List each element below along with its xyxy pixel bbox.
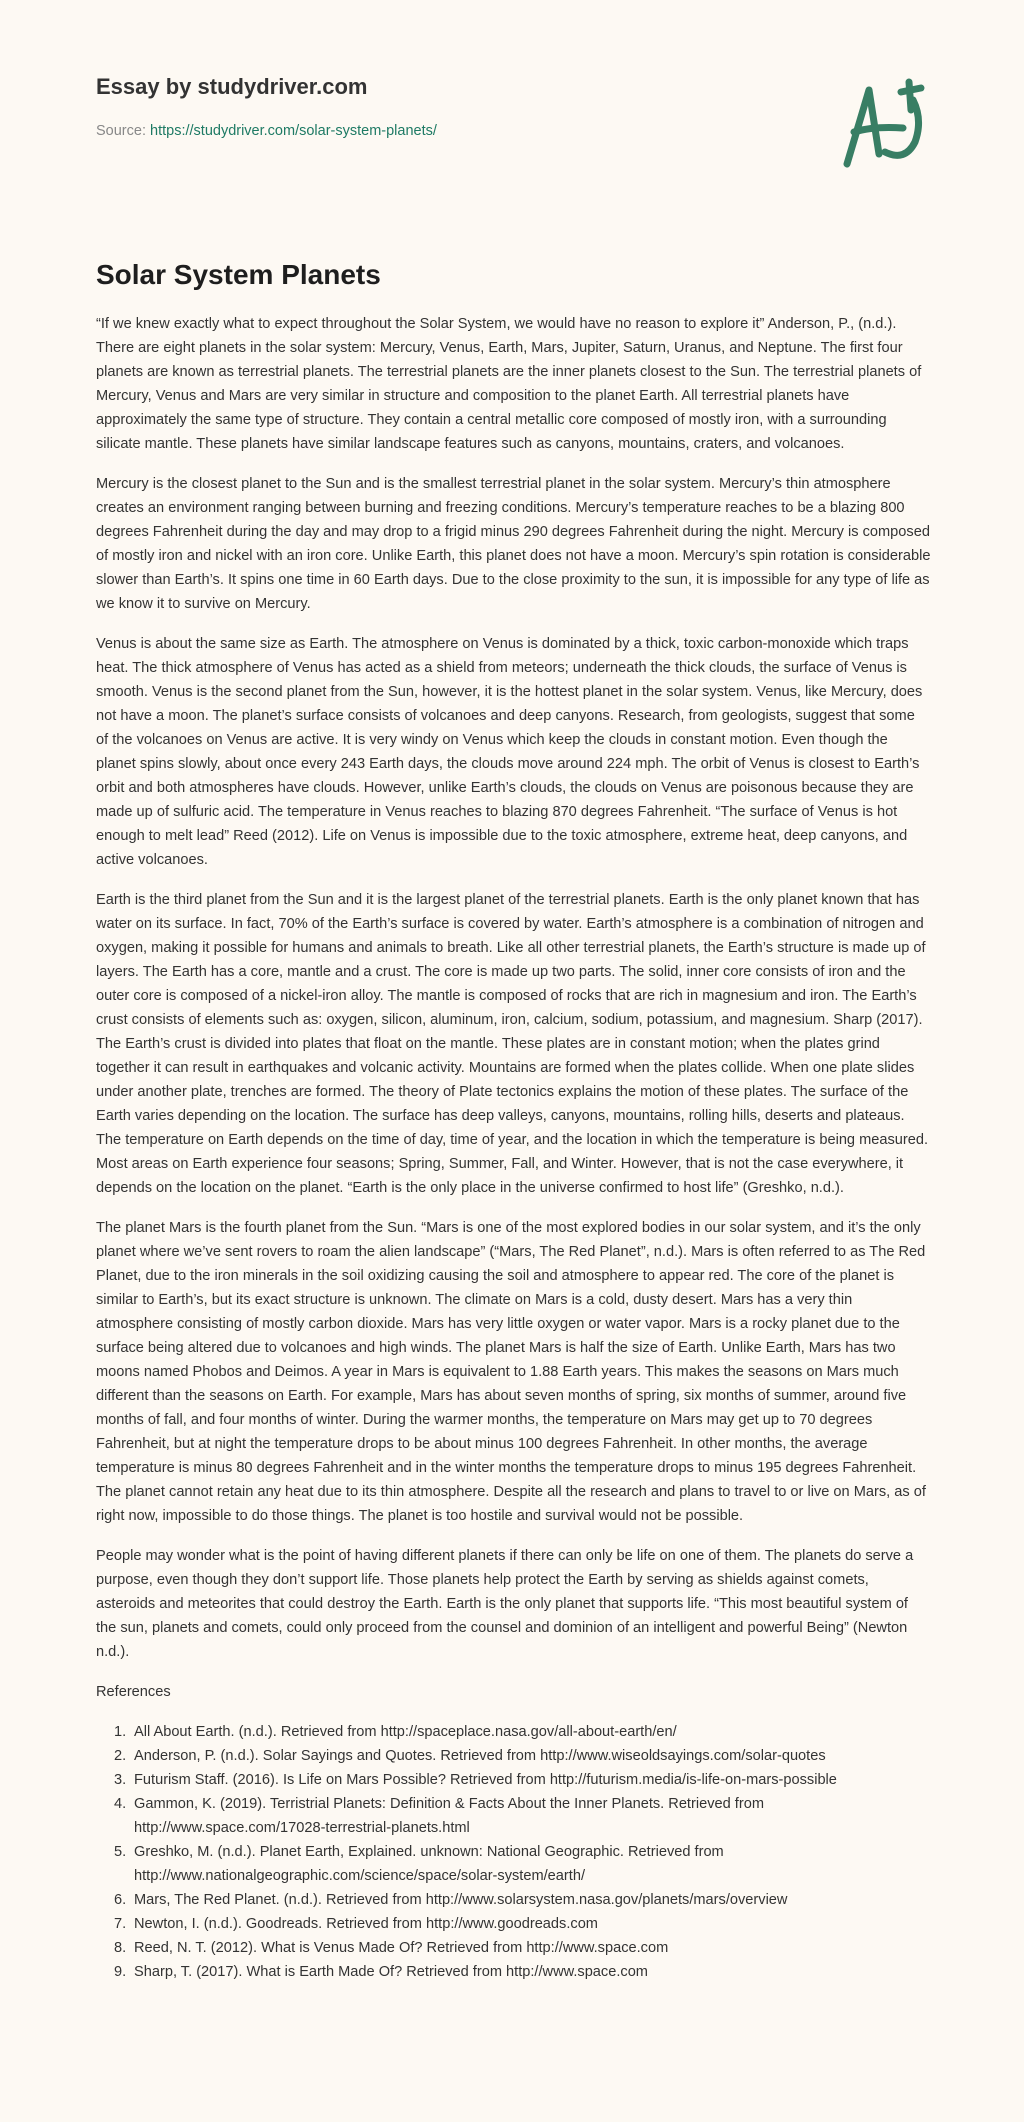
reference-text: All About Earth. (n.d.). Retrieved from … (134, 1724, 677, 1740)
paragraph-intro: “If we knew exactly what to expect throu… (96, 312, 931, 456)
source-line: Source: https://studydriver.com/solar-sy… (96, 123, 437, 139)
reference-item: 7.Newton, I. (n.d.). Goodreads. Retrieve… (96, 1912, 931, 1936)
reference-number: 8. (114, 1936, 126, 1960)
source-label: Source: (96, 123, 146, 139)
reference-number: 1. (114, 1720, 126, 1744)
reference-text: Greshko, M. (n.d.). Planet Earth, Explai… (134, 1844, 724, 1884)
paragraph-conclusion: People may wonder what is the point of h… (96, 1544, 931, 1664)
reference-text: Mars, The Red Planet. (n.d.). Retrieved … (134, 1892, 787, 1908)
source-link[interactable]: https://studydriver.com/solar-system-pla… (150, 123, 437, 139)
reference-item: 6.Mars, The Red Planet. (n.d.). Retrieve… (96, 1888, 931, 1912)
reference-text: Gammon, K. (2019). Terristrial Planets: … (134, 1796, 764, 1836)
reference-text: Sharp, T. (2017). What is Earth Made Of?… (134, 1964, 648, 1980)
reference-number: 2. (114, 1744, 126, 1768)
reference-number: 3. (114, 1768, 126, 1792)
reference-number: 4. (114, 1792, 126, 1816)
page-header: Essay by studydriver.com Source: https:/… (96, 0, 928, 200)
reference-item: 1.All About Earth. (n.d.). Retrieved fro… (96, 1720, 931, 1744)
paragraph-mercury: Mercury is the closest planet to the Sun… (96, 472, 931, 616)
reference-item: 4.Gammon, K. (2019). Terristrial Planets… (96, 1792, 931, 1840)
reference-text: Newton, I. (n.d.). Goodreads. Retrieved … (134, 1916, 598, 1932)
reference-number: 7. (114, 1912, 126, 1936)
reference-text: Futurism Staff. (2016). Is Life on Mars … (134, 1772, 837, 1788)
references-heading: References (96, 1680, 931, 1704)
reference-number: 5. (114, 1840, 126, 1864)
reference-text: Anderson, P. (n.d.). Solar Sayings and Q… (134, 1748, 826, 1764)
essay-body: “If we knew exactly what to expect throu… (96, 312, 931, 1984)
reference-item: 5.Greshko, M. (n.d.). Planet Earth, Expl… (96, 1840, 931, 1888)
a-plus-grade-icon (821, 62, 931, 172)
essay-page: Essay by studydriver.com Source: https:/… (0, 0, 1024, 2024)
reference-item: 9.Sharp, T. (2017). What is Earth Made O… (96, 1960, 931, 1984)
reference-item: 8.Reed, N. T. (2012). What is Venus Made… (96, 1936, 931, 1960)
paragraph-venus: Venus is about the same size as Earth. T… (96, 632, 931, 872)
reference-number: 6. (114, 1888, 126, 1912)
document-title: Solar System Planets (96, 258, 928, 292)
paragraph-earth: Earth is the third planet from the Sun a… (96, 888, 931, 1200)
reference-item: 3.Futurism Staff. (2016). Is Life on Mar… (96, 1768, 931, 1792)
paragraph-mars: The planet Mars is the fourth planet fro… (96, 1216, 931, 1528)
brand-title: Essay by studydriver.com (96, 74, 367, 100)
reference-number: 9. (114, 1960, 126, 1984)
reference-text: Reed, N. T. (2012). What is Venus Made O… (134, 1940, 668, 1956)
references-list: 1.All About Earth. (n.d.). Retrieved fro… (96, 1720, 931, 1984)
reference-item: 2.Anderson, P. (n.d.). Solar Sayings and… (96, 1744, 931, 1768)
